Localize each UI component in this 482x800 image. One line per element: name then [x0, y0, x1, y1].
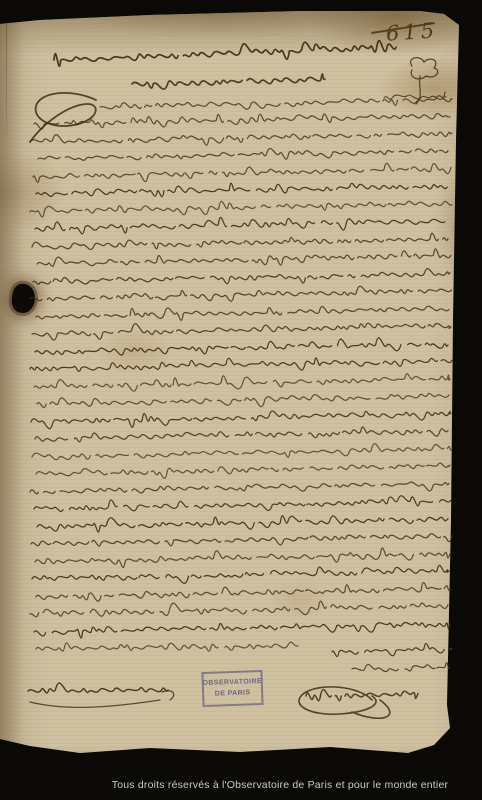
manuscript-scan: 615 OBSERVATOIRE DE PARIS Tous droits ré…: [0, 0, 482, 800]
copyright-caption: Tous droits réservés à l'Observatoire de…: [0, 779, 482, 791]
folio-number: 615: [385, 18, 439, 46]
paper-crease: [6, 24, 7, 146]
stamp-line-2: DE PARIS: [215, 688, 251, 700]
observatory-stamp: OBSERVATOIRE DE PARIS: [201, 670, 263, 707]
